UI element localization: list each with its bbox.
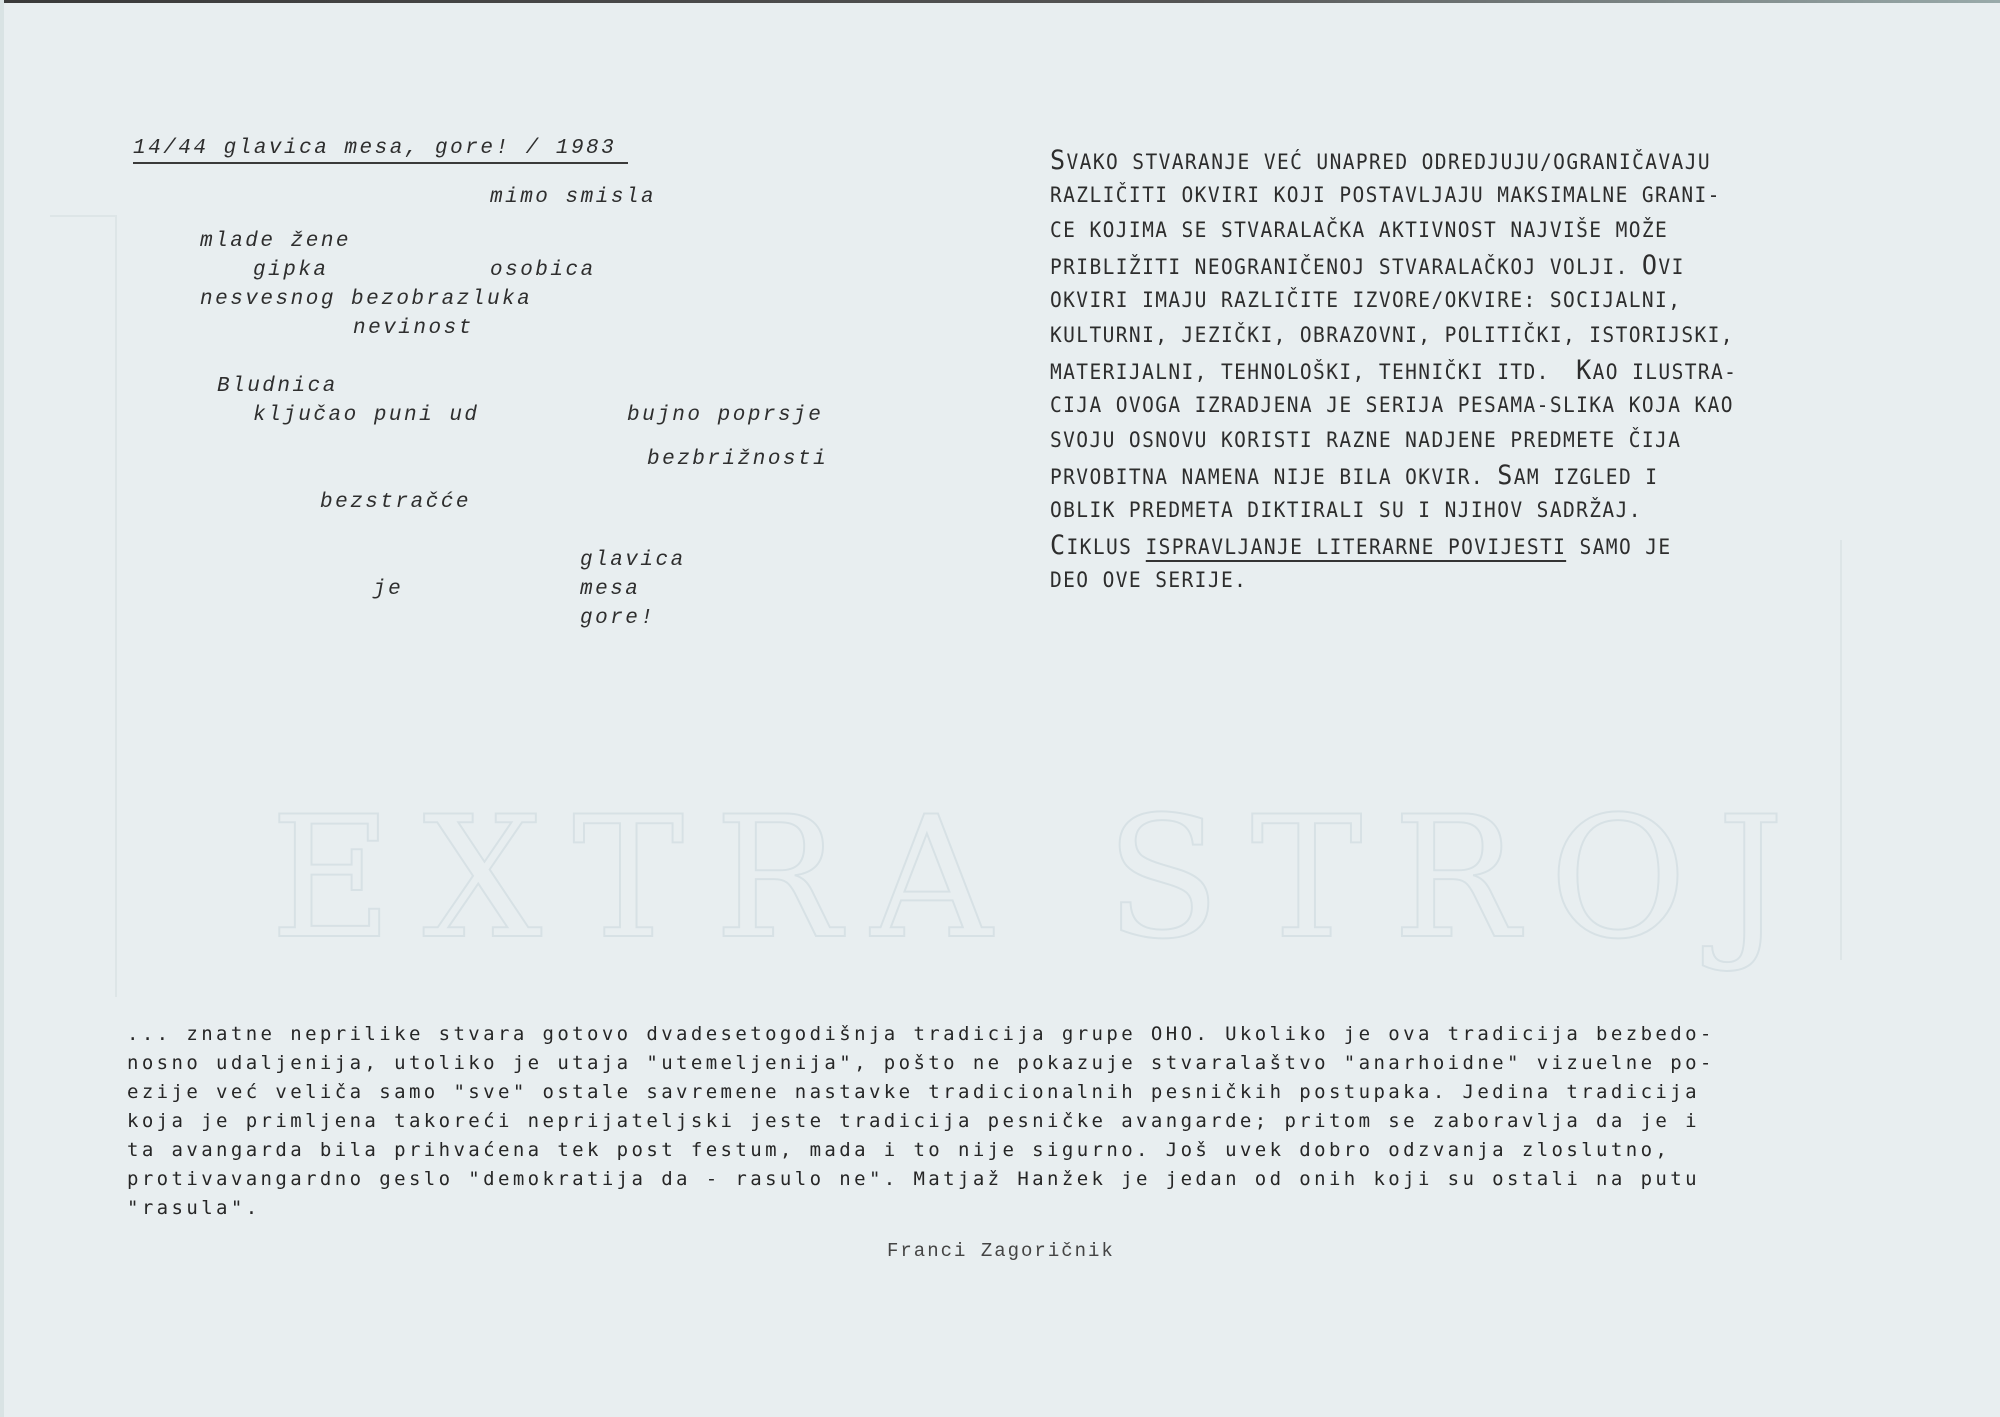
- statement-line: PRVOBITNA NAMENA NIJE BILA OKVIR. SAM IZ…: [1050, 458, 1906, 493]
- poem-word: je: [373, 578, 403, 601]
- review-line: koja je primljena takoreći neprijateljsk…: [127, 1107, 1987, 1136]
- poem-word: nevinost: [353, 317, 474, 340]
- statement-text: AO ILUSTRA-: [1593, 360, 1738, 384]
- poem-word: gipka: [253, 259, 329, 282]
- statement-line: SVOJU OSNOVU KORISTI RAZNE NADJENE PREDM…: [1050, 423, 1906, 458]
- poem-word: mesa: [580, 578, 640, 601]
- review-line: ta avangarda bila prihvaćena tek post fe…: [127, 1136, 1987, 1165]
- poem-word: bezbrižnosti: [647, 448, 828, 471]
- statement-line: OBLIK PREDMETA DIKTIRALI SU I NJIHOV SAD…: [1050, 493, 1906, 528]
- statement-text: RAZLIČITI OKVIRI KOJI POSTAVLJAJU MAKSIM…: [1050, 183, 1721, 207]
- review-signature: Franci Zagoričnik: [887, 1240, 1115, 1262]
- statement-text: O: [1642, 250, 1659, 281]
- statement-line: SVAKO STVARANJE VEĆ UNAPRED ODREDJUJU/OG…: [1050, 143, 1906, 178]
- statement-text: SAMO JE: [1566, 535, 1671, 559]
- statement-line: RAZLIČITI OKVIRI KOJI POSTAVLJAJU MAKSIM…: [1050, 178, 1906, 213]
- statement-line: DEO OVE SERIJE.: [1050, 563, 1906, 598]
- statement-line: CIKLUS ISPRAVLJANJE LITERARNE POVIJESTI …: [1050, 528, 1906, 563]
- show-through-watermark: EXTRA STROJ: [270, 780, 2000, 980]
- poem-word: bujno poprsje: [627, 404, 823, 427]
- statement-text: VAKO STVARANJE VEĆ UNAPRED ODREDJUJU/OGR…: [1067, 150, 1712, 174]
- review-line: protivavangardno geslo "demokratija da -…: [127, 1165, 1987, 1194]
- statement-text: S: [1050, 145, 1067, 176]
- review-line: nosno udaljenija, utoliko je utaja "utem…: [127, 1049, 1987, 1078]
- statement-line: CE KOJIMA SE STVARALAČKA AKTIVNOST NAJVI…: [1050, 213, 1906, 248]
- review-paragraph: ... znatne neprilike stvara gotovo dvade…: [127, 1020, 1987, 1223]
- poem-word: Bludnica: [217, 375, 338, 398]
- poem-word: ključao puni ud: [253, 404, 480, 427]
- statement-text: OBLIK PREDMETA DIKTIRALI SU I NJIHOV SAD…: [1050, 498, 1642, 522]
- statement-text: MATERIJALNI, TEHNOLOŠKI, TEHNIČKI ITD.: [1050, 360, 1576, 384]
- statement-text: OKVIRI IMAJU RAZLIČITE IZVORE/OKVIRE: SO…: [1050, 288, 1681, 312]
- poem-word: glavica: [580, 549, 686, 572]
- show-through-frame: [50, 215, 117, 997]
- review-line: ezije već veliča samo "sve" ostale savre…: [127, 1078, 1987, 1107]
- statement-text: SVOJU OSNOVU KORISTI RAZNE NADJENE PREDM…: [1050, 428, 1681, 452]
- review-line: ... znatne neprilike stvara gotovo dvade…: [127, 1020, 1987, 1049]
- statement-line: MATERIJALNI, TEHNOLOŠKI, TEHNIČKI ITD. K…: [1050, 353, 1906, 388]
- scan-left-edge: [0, 0, 4, 1417]
- artist-statement: SVAKO STVARANJE VEĆ UNAPRED ODREDJUJU/OG…: [1050, 143, 1906, 598]
- statement-text: C: [1050, 530, 1067, 561]
- statement-text: IKLUS: [1067, 535, 1146, 559]
- underlined-cycle-title: ISPRAVLJANJE LITERARNE POVIJESTI: [1145, 535, 1566, 562]
- statement-text: CIJA OVOGA IZRADJENA JE SERIJA PESAMA-SL…: [1050, 393, 1734, 417]
- statement-text: CE KOJIMA SE STVARALAČKA AKTIVNOST NAJVI…: [1050, 218, 1668, 242]
- poem-word: gore!: [580, 607, 656, 630]
- statement-line: CIJA OVOGA IZRADJENA JE SERIJA PESAMA-SL…: [1050, 388, 1906, 423]
- poem-word: osobica: [490, 259, 596, 282]
- statement-text: AM IZGLED I: [1514, 465, 1659, 489]
- poem-word: mimo smisla: [490, 186, 656, 209]
- statement-text: VI: [1658, 255, 1684, 279]
- statement-text: KULTURNI, JEZIČKI, OBRAZOVNI, POLITIČKI,…: [1050, 323, 1734, 347]
- statement-line: KULTURNI, JEZIČKI, OBRAZOVNI, POLITIČKI,…: [1050, 318, 1906, 353]
- statement-text: PRIBLIŽITI NEOGRANIČENOJ STVARALAČKOJ VO…: [1050, 255, 1642, 279]
- scan-top-edge: [0, 0, 2000, 3]
- poem-word: mlade žene: [200, 230, 351, 253]
- statement-text: K: [1576, 355, 1593, 386]
- statement-text: DEO OVE SERIJE.: [1050, 568, 1247, 592]
- poem-word: nesvesnog bezobrazluka: [200, 288, 532, 311]
- statement-text: S: [1497, 460, 1514, 491]
- statement-line: PRIBLIŽITI NEOGRANIČENOJ STVARALAČKOJ VO…: [1050, 248, 1906, 283]
- review-line: "rasula".: [127, 1194, 1987, 1223]
- statement-text: PRVOBITNA NAMENA NIJE BILA OKVIR.: [1050, 465, 1497, 489]
- statement-line: OKVIRI IMAJU RAZLIČITE IZVORE/OKVIRE: SO…: [1050, 283, 1906, 318]
- poem-title: 14/44 glavica mesa, gore! / 1983: [133, 137, 628, 164]
- poem-word: bezstračće: [320, 491, 471, 514]
